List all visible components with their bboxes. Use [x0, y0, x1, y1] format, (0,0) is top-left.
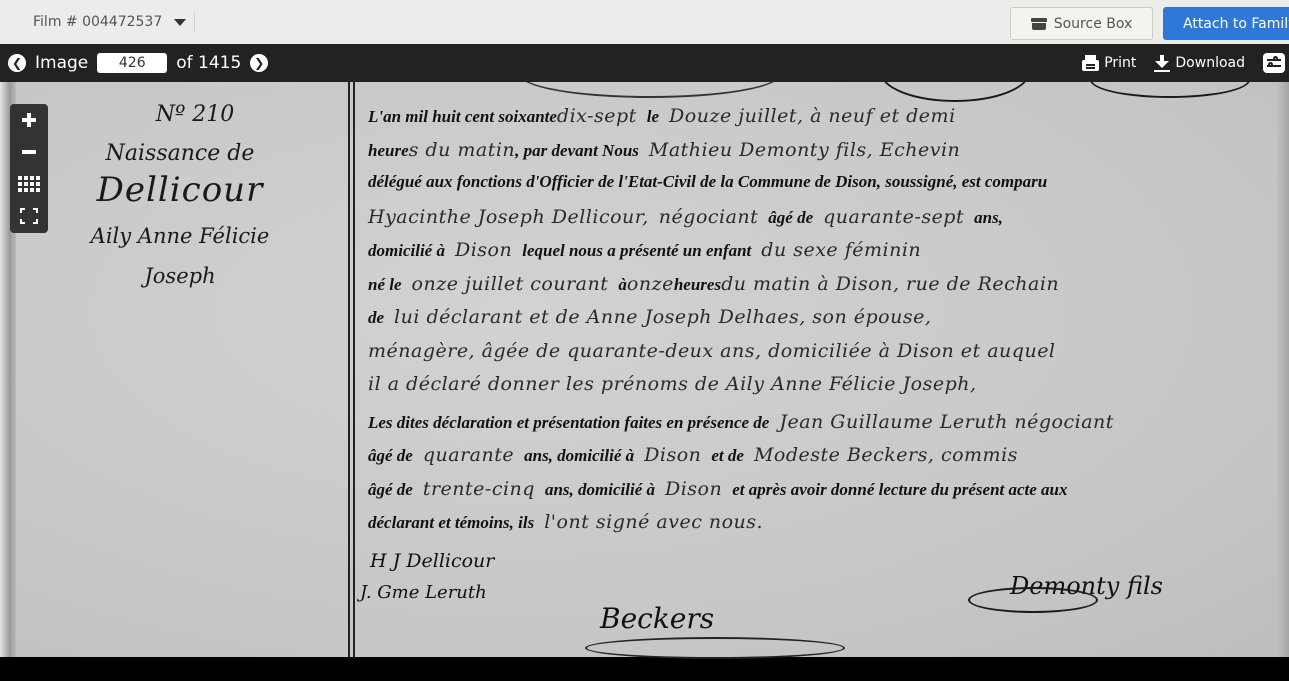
entry-number: Nº 210 — [60, 102, 330, 127]
image-label: Image — [35, 53, 88, 73]
previous-image-icon[interactable]: ❮ — [8, 54, 26, 72]
image-total: of 1415 — [176, 53, 241, 73]
text-line: âgé de quarante ans, domicilié à Dison e… — [368, 444, 1268, 478]
print-icon — [1082, 55, 1099, 71]
text-line: délégué aux fonctions d'Officier de l'Et… — [368, 172, 1268, 206]
signature-witness-1: J. Gme Leruth — [360, 582, 487, 603]
text-line: âgé de trente-cinq ans, domicilié à Diso… — [368, 478, 1268, 512]
text-line: Les dites déclaration et présentation fa… — [368, 411, 1268, 445]
attach-label: Attach to Family Tree — [1183, 16, 1289, 32]
image-adjust-icon[interactable] — [1263, 53, 1285, 73]
zoom-controls — [10, 104, 48, 233]
text-line: Hyacinthe Joseph Dellicour, négociant âg… — [368, 206, 1268, 240]
film-selector[interactable]: Film # 004472537 — [33, 0, 195, 44]
text-line: domicilié à Dison lequel nous a présenté… — [368, 239, 1268, 273]
text-line: né le onze juillet courant à onze heures… — [368, 273, 1268, 307]
text-line: déclarant et témoins, ils l'ont signé av… — [368, 511, 1268, 545]
source-box-button[interactable]: Source Box — [1010, 7, 1153, 40]
margin-annotation: Nº 210 Naissance de Dellicour Aily Anne … — [30, 102, 330, 291]
minus-icon — [22, 150, 36, 154]
image-toolbar: ❮ Image of 1415 ❯ Print Download — [0, 44, 1289, 82]
record-text: L'an mil huit cent soixante dix-sept le … — [368, 105, 1268, 545]
zoom-in-button[interactable] — [10, 104, 48, 136]
margin-rule — [353, 82, 355, 657]
attach-to-family-tree-button[interactable]: Attach to Family Tree — [1163, 7, 1289, 40]
top-header: Film # 004472537 Source Box Attach to Fa… — [0, 0, 1289, 44]
signature-witness-2: Beckers — [600, 602, 714, 635]
text-line: de lui déclarant et de Anne Joseph Delha… — [368, 306, 1268, 340]
download-button[interactable]: Download — [1154, 55, 1245, 72]
entry-given-names-2: Joseph — [30, 262, 330, 290]
print-label: Print — [1104, 55, 1136, 71]
image-viewer[interactable]: Nº 210 Naissance de Dellicour Aily Anne … — [0, 82, 1289, 681]
text-line: L'an mil huit cent soixante dix-sept le … — [368, 105, 1268, 139]
download-label: Download — [1175, 55, 1245, 71]
film-number: Film # 004472537 — [33, 14, 162, 30]
thumbnail-grid-button[interactable] — [10, 168, 48, 200]
entry-surname: Dellicour — [30, 170, 330, 210]
signature-declarant: H J Dellicour — [370, 550, 494, 572]
source-box-label: Source Box — [1054, 16, 1133, 32]
fullscreen-icon — [20, 208, 38, 224]
fullscreen-button[interactable] — [10, 200, 48, 232]
chevron-down-icon[interactable] — [174, 19, 186, 26]
grid-icon — [18, 176, 40, 192]
print-button[interactable]: Print — [1082, 55, 1136, 71]
download-icon — [1154, 55, 1170, 72]
text-line: heure s du matin , par devant Nous Mathi… — [368, 139, 1268, 173]
next-image-icon[interactable]: ❯ — [250, 54, 268, 72]
document-image: Nº 210 Naissance de Dellicour Aily Anne … — [0, 82, 1289, 657]
entry-given-names: Aily Anne Félicie — [30, 222, 330, 250]
margin-rule — [348, 82, 350, 657]
zoom-out-button[interactable] — [10, 136, 48, 168]
text-line: ménagère, âgée de quarante-deux ans, dom… — [368, 340, 1268, 374]
divider — [194, 12, 195, 32]
archive-box-icon — [1031, 18, 1047, 30]
image-number-input[interactable] — [97, 53, 167, 73]
plus-icon — [22, 113, 36, 127]
text-line: il a déclaré donner les prénoms de Aily … — [368, 373, 1268, 407]
entry-title: Naissance de — [30, 141, 330, 166]
